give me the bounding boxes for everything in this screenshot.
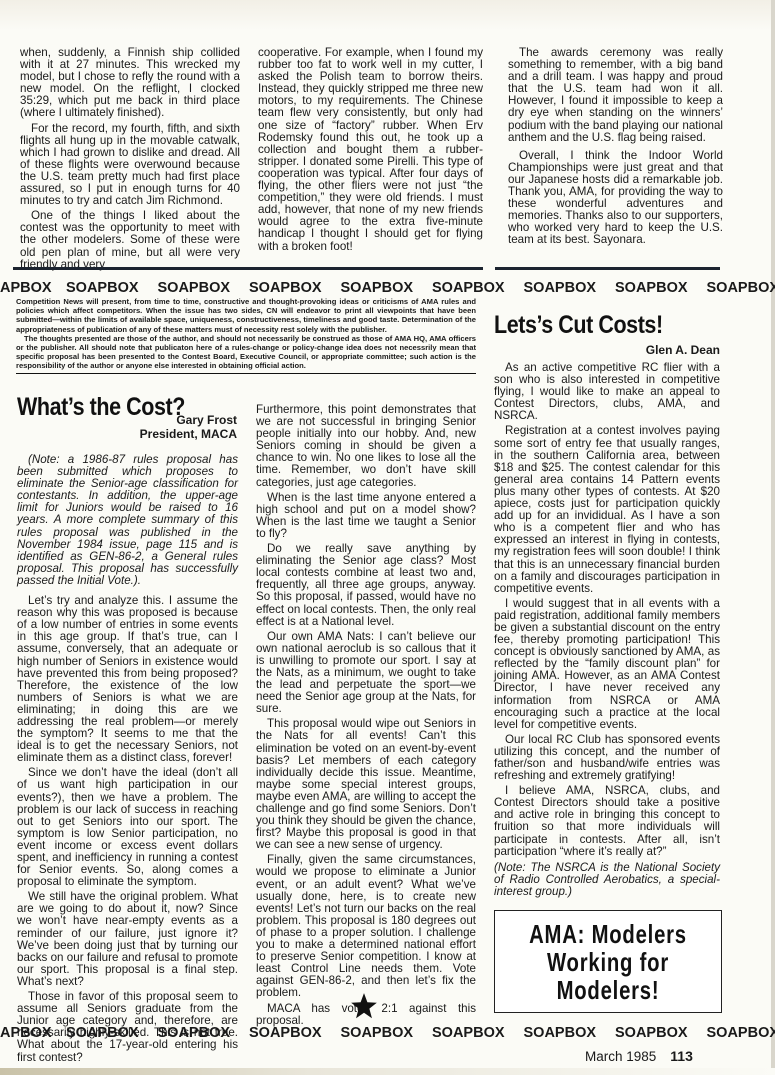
soapbox-label: SOAPBOX [615, 1025, 707, 1041]
article-byline: Glen A. Dean [494, 343, 720, 357]
soapbox-label: SOAPBOX [524, 1025, 616, 1041]
article1-column-2: Furthermore, this point demonstrates tha… [256, 404, 476, 1030]
soapbox-label: SOAPBOX [432, 280, 524, 296]
paragraph: I believe AMA, NSRCA, clubs, and Contest… [494, 785, 720, 858]
top-article-column-2: cooperative. For example, when I found m… [258, 47, 483, 256]
paragraph: I would suggest that in all events with … [494, 598, 720, 731]
soapbox-label: SOAPBOX [432, 1025, 524, 1041]
top-article-column-3: The awards ceremony was really something… [508, 47, 723, 250]
article-title: Lets’s Cut Costs! [494, 311, 663, 340]
page-number: 113 [670, 1048, 693, 1064]
promo-line: AMA: Modelers [520, 920, 696, 948]
paragraph: For the record, my fourth, fifth, and si… [20, 123, 240, 208]
soapbox-label: SOAPBOX [249, 1025, 341, 1041]
editor-note: (Note: a 1986-87 rules proposal has been… [17, 454, 238, 587]
author-title: President, MACA [20, 427, 237, 441]
page-right-edge [771, 0, 775, 1075]
paragraph: Let’s try and analyze this. I assume the… [17, 595, 238, 764]
paragraph: Since we don’t have the ideal (don’t all… [17, 767, 238, 888]
paragraph: when, suddenly, a Finnish ship collided … [20, 47, 240, 120]
soapbox-label: SOAPBOX [707, 1025, 775, 1041]
soapbox-label: SOAPBOX [66, 280, 158, 296]
soapbox-banner-bottom: APBOXSOAPBOXSOAPBOXSOAPBOXSOAPBOXSOAPBOX… [0, 1025, 775, 1043]
page-folio: March 1985113 [585, 1048, 693, 1064]
paragraph: Furthermore, this point demonstrates tha… [256, 404, 476, 489]
article-byline: Gary Frost President, MACA [20, 413, 237, 441]
soapbox-label: SOAPBOX [249, 280, 341, 296]
paragraph: Do we really save anything by eliminatin… [256, 543, 476, 628]
star-icon [349, 992, 379, 1020]
paragraph: As an active competitive RC flier with a… [494, 362, 720, 422]
soapbox-label: SOAPBOX [341, 1025, 433, 1041]
paragraph: cooperative. For example, when I found m… [258, 47, 483, 253]
page-top-shading [0, 0, 775, 30]
paragraph: Our own AMA Nats: I can’t believe our ow… [256, 631, 476, 716]
soapbox-label: SOAPBOX [615, 280, 707, 296]
paragraph: Overall, I think the Indoor World Champi… [508, 150, 723, 247]
article1-column-1: (Note: a 1986-87 rules proposal has been… [17, 454, 238, 1067]
disclaimer-paragraph: Competition News will present, from time… [16, 297, 476, 334]
editor-note: (Note: The NSRCA is the National Society… [494, 862, 720, 898]
soapbox-disclaimer: Competition News will present, from time… [16, 297, 476, 374]
ama-promo-box: AMA: Modelers Working for Modelers! [494, 910, 722, 1013]
soapbox-label: SOAPBOX [707, 280, 775, 296]
page-bottom-shading [0, 1068, 775, 1075]
paragraph: When is the last time anyone entered a h… [256, 492, 476, 540]
soapbox-banner-top: APBOXSOAPBOXSOAPBOXSOAPBOXSOAPBOXSOAPBOX… [0, 280, 775, 298]
paragraph: We still have the original problem. What… [17, 891, 238, 988]
author-name: Glen A. Dean [494, 343, 720, 357]
paragraph: This proposal would wipe out Seniors in … [256, 718, 476, 851]
article2-column: As an active competitive RC flier with a… [494, 362, 720, 901]
promo-line: Working for [520, 948, 696, 976]
paragraph: Registration at a contest involves payin… [494, 425, 720, 594]
promo-line: Modelers! [520, 976, 696, 1004]
paragraph: Finally, given the same circumstances, w… [256, 854, 476, 999]
soapbox-label: APBOX [0, 280, 66, 296]
issue-date: March 1985 [585, 1049, 656, 1064]
soapbox-label: SOAPBOX [341, 280, 433, 296]
soapbox-label: SOAPBOX [158, 280, 250, 296]
paragraph: The awards ceremony was really something… [508, 47, 723, 144]
paragraph: Our local RC Club has sponsored events u… [494, 734, 720, 782]
soapbox-label: APBOX [0, 1025, 66, 1041]
soapbox-label: SOAPBOX [66, 1025, 158, 1041]
soapbox-label: SOAPBOX [524, 280, 616, 296]
soapbox-label: SOAPBOX [158, 1025, 250, 1041]
paragraph: One of the things I liked about the cont… [20, 210, 240, 270]
section-divider [495, 267, 720, 270]
author-name: Gary Frost [20, 413, 237, 427]
disclaimer-paragraph: The thoughts presented are those of the … [16, 334, 476, 371]
section-divider [13, 267, 483, 270]
top-article-column-1: when, suddenly, a Finnish ship collided … [20, 47, 240, 274]
